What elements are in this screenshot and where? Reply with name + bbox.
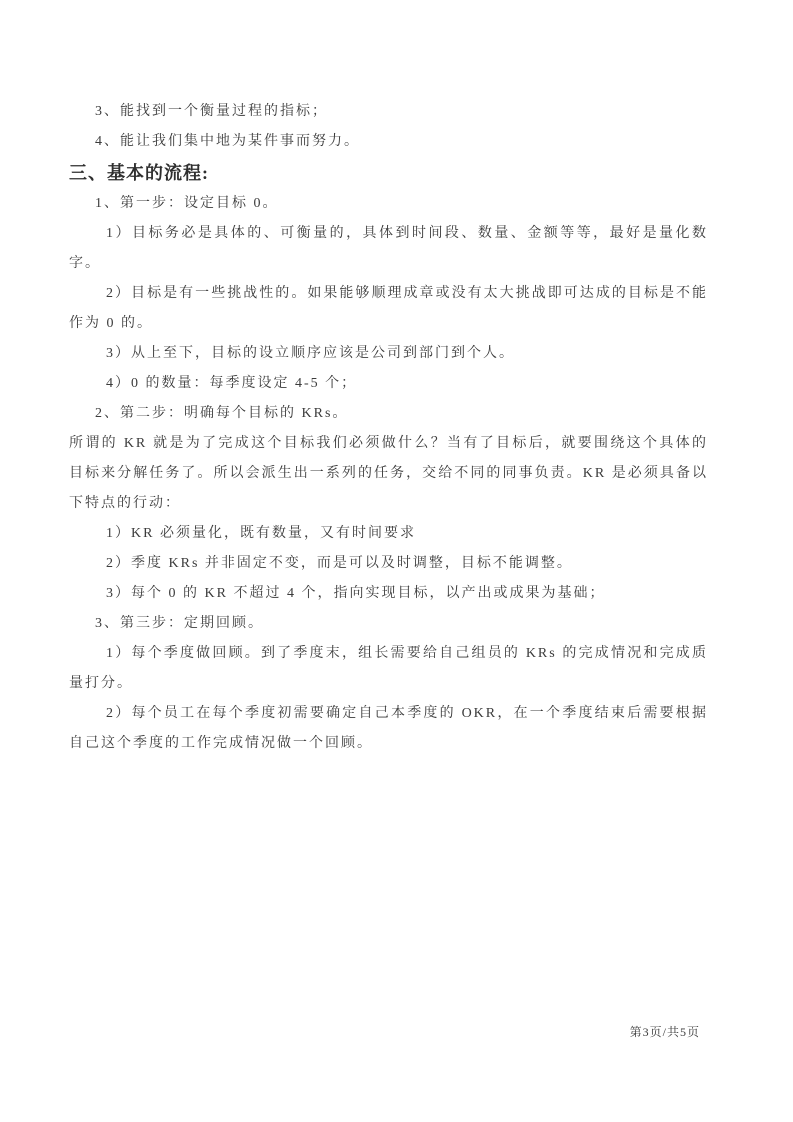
step-3-point-2: 2）每个员工在每个季度初需要确定自己本季度的 OKR，在一个季度结束后需要根据自… — [69, 699, 708, 759]
page-number: 第3页/共5页 — [630, 1025, 700, 1039]
document-content: 3、能找到一个衡量过程的指标； 4、能让我们集中地为某件事而努力。 三、基本的流… — [0, 0, 793, 759]
step-1: 1、第一步：设定目标 0。 — [69, 189, 708, 219]
step-1-point-2: 2）目标是有一些挑战性的。如果能够顺理成章或没有太大挑战即可达成的目标是不能作为… — [69, 279, 708, 339]
benefit-item-4: 4、能让我们集中地为某件事而努力。 — [69, 127, 708, 157]
kr-point-3: 3）每个 0 的 KR 不超过 4 个，指向实现目标，以产出或成果为基础； — [69, 579, 708, 609]
step-3-point-1: 1）每个季度做回顾。到了季度末，组长需要给自己组员的 KRs 的完成情况和完成质… — [69, 639, 708, 699]
step-1-point-1: 1）目标务必是具体的、可衡量的，具体到时间段、数量、金额等等，最好是量化数字。 — [69, 219, 708, 279]
benefit-item-3: 3、能找到一个衡量过程的指标； — [69, 97, 708, 127]
kr-point-1: 1）KR 必须量化，既有数量，又有时间要求 — [69, 519, 708, 549]
kr-description-paragraph: 所谓的 KR 就是为了完成这个目标我们必须做什么？当有了目标后，就要围绕这个具体… — [69, 429, 708, 519]
section-heading: 三、基本的流程: — [69, 157, 708, 189]
step-3: 3、第三步：定期回顾。 — [69, 609, 708, 639]
step-1-point-3: 3）从上至下，目标的设立顺序应该是公司到部门到个人。 — [69, 339, 708, 369]
document-page: 3、能找到一个衡量过程的指标； 4、能让我们集中地为某件事而努力。 三、基本的流… — [0, 0, 793, 1122]
step-1-point-4: 4）0 的数量：每季度设定 4-5 个； — [69, 369, 708, 399]
kr-point-2: 2）季度 KRs 并非固定不变，而是可以及时调整，目标不能调整。 — [69, 549, 708, 579]
page-footer: 第3页/共5页 — [630, 1022, 700, 1042]
step-2: 2、第二步：明确每个目标的 KRs。 — [69, 399, 708, 429]
